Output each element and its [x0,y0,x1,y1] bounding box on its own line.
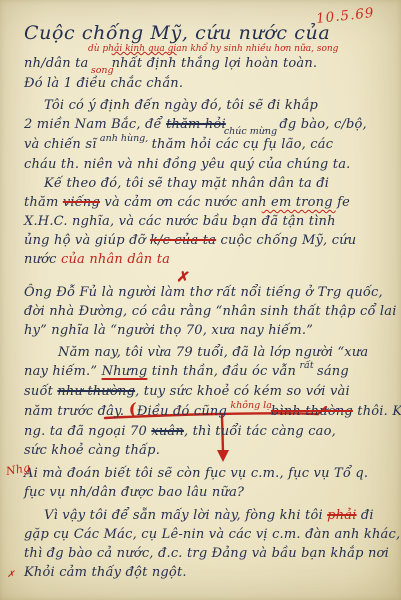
ink-text: năm trước đây. [24,404,129,419]
manuscript-line: X.H.C. nghĩa, và các nước bầu bạn đã tận… [24,212,389,231]
manuscript-line: sức khoẻ càng thấp. [24,441,389,460]
manuscript-line: nay hiếm.” Nhưng tinh thần, đầu óc vẫn r… [24,362,389,382]
ink-text: nay hiếm.” [24,364,102,379]
ink-text: cuộc chống Mỹ, cứu [216,233,356,248]
manuscript-line: gặp cụ Các Mác, cụ Lê-nin và các vị c.m.… [24,525,389,544]
manuscript-line: Năm nay, tôi vừa 79 tuổi, đã là lớp ngườ… [24,343,389,362]
ink-text: fục vụ nh/dân được bao lâu nữa? [24,485,244,500]
manuscript-line: và chiến sĩ anh hùng, thăm hỏi các cụ fụ… [24,135,389,155]
overwritten-text: nhất định [112,56,177,71]
red-struck-word: phải [327,508,356,523]
ink-text: sức khoẻ càng thấp. [24,443,160,458]
inserted-word: rất [299,360,313,371]
red-interlinear-correction: dù phải kinh qua gian khổ hy sinh nhiều … [88,44,389,54]
ink-text: và cảm ơn các nước anh em trong fe [100,195,350,210]
red-inserted-word: không lạ [230,400,272,411]
manuscript-line: cháu th. niên và nhi đồng yêu quý của ch… [24,155,389,174]
ink-text: Ai mà đoán biết tôi sẽ còn fục vụ c.m., … [24,466,368,481]
manuscript-body: Cuộc chống Mỹ, cứu nước của dù phải kinh… [0,0,401,582]
ink-text: tinh thần, đầu óc vẫn [147,364,300,379]
ink-text: Đó là 1 điều chắc chắn. [24,76,183,91]
red-inserted-text: dù phải kinh qua gian khổ hy sinh nhiều … [88,44,338,54]
ink-text: thì đg bào cả nước, đ.c. trg Đảng và bầu… [24,546,389,561]
ink-text: ng. ta đã ngoại 70 [24,424,151,439]
ink-text: X.H.C. nghĩa, và các nước bầu bạn [24,214,262,229]
red-struck-text: bình thường [271,404,353,419]
manuscript-line: nh/dân ta songnhất định thắng lợi hoàn t… [24,54,389,74]
manuscript-line: Cuộc chống Mỹ, cứu nước của [24,20,389,46]
ink-text: cháu th. niên và nhi đồng yêu quý của ch… [24,157,350,172]
struck-text: thăm hỏi [166,117,226,132]
ink-text: sáng [313,364,349,379]
ink-text: và chiến sĩ [24,137,101,152]
ink-text: , tuy sức khoẻ có kém so với vài [135,384,350,399]
ink-text: ủng hộ và giúp đỡ [24,233,150,248]
red-bracket-mark: ( [129,400,137,420]
manuscript-line: thì đg bào cả nước, đ.c. trg Đảng và bầu… [24,544,389,563]
ink-text: nh/dân ta [24,56,93,71]
manuscript-line: suốt như thường, tuy sức khoẻ có kém so … [24,382,389,401]
red-inserted-text: của nhân dân ta [61,252,170,267]
ink-text: hy” nghĩa là “người thọ 70, xưa nay hiếm… [24,323,313,338]
red-marked-text: đã tận tình [262,214,336,229]
red-underlined-text: Nhưng [102,364,148,379]
inserted-word: chúc mừng [224,126,277,137]
ink-text: Vì vậy tôi để sẵn mấy lời này, fòng khi … [44,508,327,523]
ink-text: Tôi có ý định đến ngày đó, tôi sẽ đi khắ… [44,98,318,113]
ink-text: Ông Đỗ Fủ là người làm thơ rất nổi tiếng… [24,285,383,300]
ink-text: , thì tuổi tác càng cao, [184,424,336,439]
ink-text: Cuộc chống Mỹ, cứu nước của [24,22,330,44]
manuscript-line: Ông Đỗ Fủ là người làm thơ rất nổi tiếng… [24,283,389,302]
ink-text: gặp cụ Các Mác, cụ Lê-nin và các vị c.m.… [24,527,400,542]
inserted-word: anh hùng, [100,133,148,144]
manuscript-line: 2 miền Nam Bắc, để thăm hỏichúc mừng đg … [24,115,389,135]
manuscript-line: ✗Khỏi cảm thấy đột ngột. [24,563,389,582]
manuscript-line: ủng hộ và giúp đỡ k/c của ta cuộc chống … [24,231,389,250]
manuscript-page: 10.5.69 ✗ Cuộc chống Mỹ, cứu nước của dù… [0,0,401,600]
ink-text: đi [357,508,374,523]
ink-text: thăm hỏi các cụ fụ lão, các [147,137,333,152]
ink-text: đời nhà Đường, có câu rằng “nhân sinh th… [24,304,397,319]
ink-text: đg bào, c/bộ, [275,117,367,132]
red-margin-mark-icon: ✗ [7,566,15,585]
ink-text: Năm nay, tôi vừa 79 tuổi, đã là lớp ngườ… [58,345,368,360]
manuscript-line: NhgAi mà đoán biết tôi sẽ còn fục vụ c.m… [24,464,389,483]
struck-text: như thường [57,384,135,399]
manuscript-line: Tôi có ý định đến ngày đó, tôi sẽ đi khắ… [24,96,389,115]
red-struck-text: viếng [63,195,100,210]
struck-text: xuân [151,424,184,439]
ink-text: nước [24,252,61,267]
ink-text: Kế theo đó, tôi sẽ thay mặt nhân dân ta … [44,176,329,191]
ink-text: thắng lợi hoàn toàn. [177,56,318,71]
manuscript-line: Vì vậy tôi để sẵn mấy lời này, fòng khi … [24,506,389,525]
ink-text: 2 miền Nam Bắc, để [24,117,166,132]
ink-text: thăm [24,195,63,210]
manuscript-line: đời nhà Đường, có câu rằng “nhân sinh th… [24,302,389,321]
manuscript-line: năm trước đây. (Điều đó cũng không lạbìn… [24,401,389,422]
manuscript-line: Kế theo đó, tôi sẽ thay mặt nhân dân ta … [24,174,389,193]
ink-text: thôi. Khi [353,404,401,419]
manuscript-line: fục vụ nh/dân được bao lâu nữa? [24,483,389,502]
manuscript-line: Đó là 1 điều chắc chắn. [24,74,389,93]
ink-text: suốt [24,384,57,399]
red-struck-text: k/c của ta [150,233,216,248]
manuscript-line: thăm viếng và cảm ơn các nước anh em tro… [24,193,389,212]
manuscript-line: ng. ta đã ngoại 70 xuân, thì tuổi tác cà… [24,422,389,441]
ink-text: Điều đó cũng [137,404,232,419]
ink-text: Khỏi cảm thấy đột ngột. [24,565,187,580]
manuscript-line: nước của nhân dân ta [24,250,389,269]
manuscript-line: hy” nghĩa là “người thọ 70, xưa nay hiếm… [24,321,389,340]
red-inserted-word: song [91,65,114,76]
